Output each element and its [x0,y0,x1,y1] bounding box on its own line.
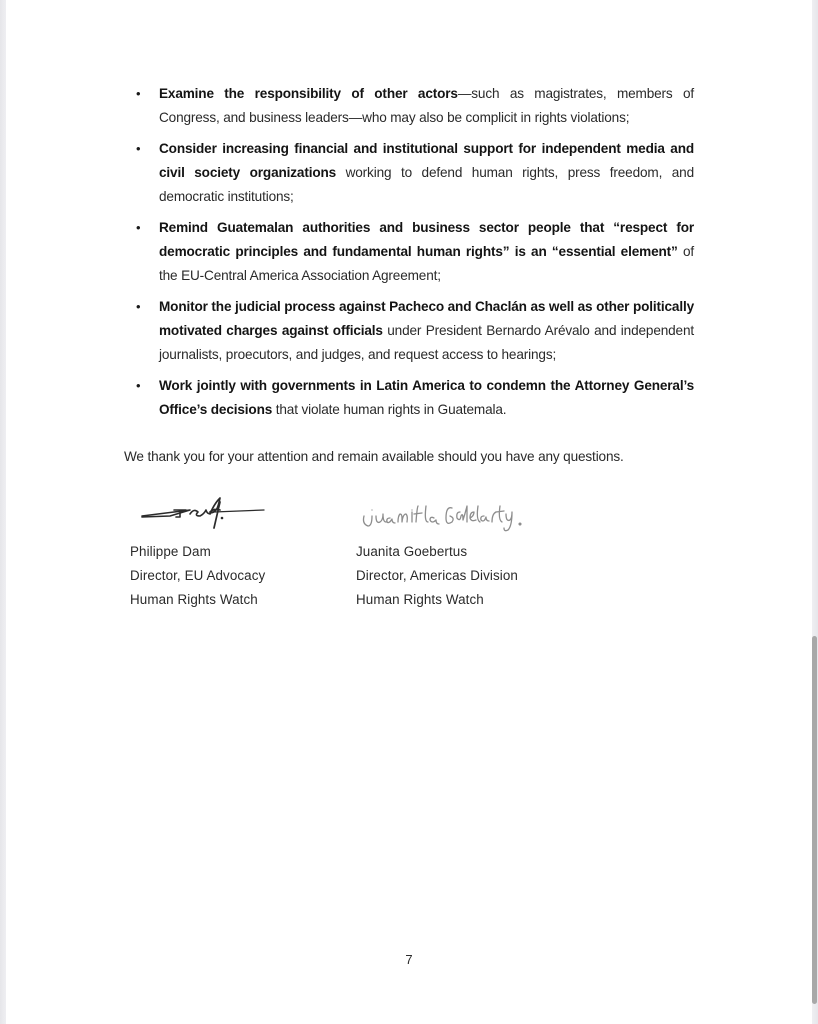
signatory-title: Director, Americas Division [356,564,576,588]
recommendations-list: Examine the responsibility of other acto… [136,82,694,429]
signatory-block: Philippe Dam Director, EU Advocacy Human… [130,486,350,612]
signature-icon [356,486,536,538]
vertical-scrollbar-thumb[interactable] [812,636,817,1004]
signature-icon [130,486,270,538]
signatory-name: Juanita Goebertus [356,540,576,564]
list-item: Remind Guatemalan authorities and busine… [136,216,694,288]
signatory-block: Juanita Goebertus Director, Americas Div… [356,486,576,612]
list-item: Consider increasing financial and instit… [136,137,694,209]
page-number: 7 [6,952,812,967]
signatory-name: Philippe Dam [130,540,350,564]
signatory-organization: Human Rights Watch [356,588,576,612]
list-item: Monitor the judicial process against Pac… [136,295,694,367]
list-item-bold: Examine the responsibility of other acto… [159,86,458,101]
list-item: Work jointly with governments in Latin A… [136,374,694,422]
list-item-bold: Remind Guatemalan authorities and busine… [159,220,694,259]
closing-sentence: We thank you for your attention and rema… [124,445,624,469]
signatory-title: Director, EU Advocacy [130,564,350,588]
list-item-text: that violate human rights in Guatemala. [272,402,506,417]
signatory-organization: Human Rights Watch [130,588,350,612]
document-page: Examine the responsibility of other acto… [6,0,812,1024]
list-item: Examine the responsibility of other acto… [136,82,694,130]
